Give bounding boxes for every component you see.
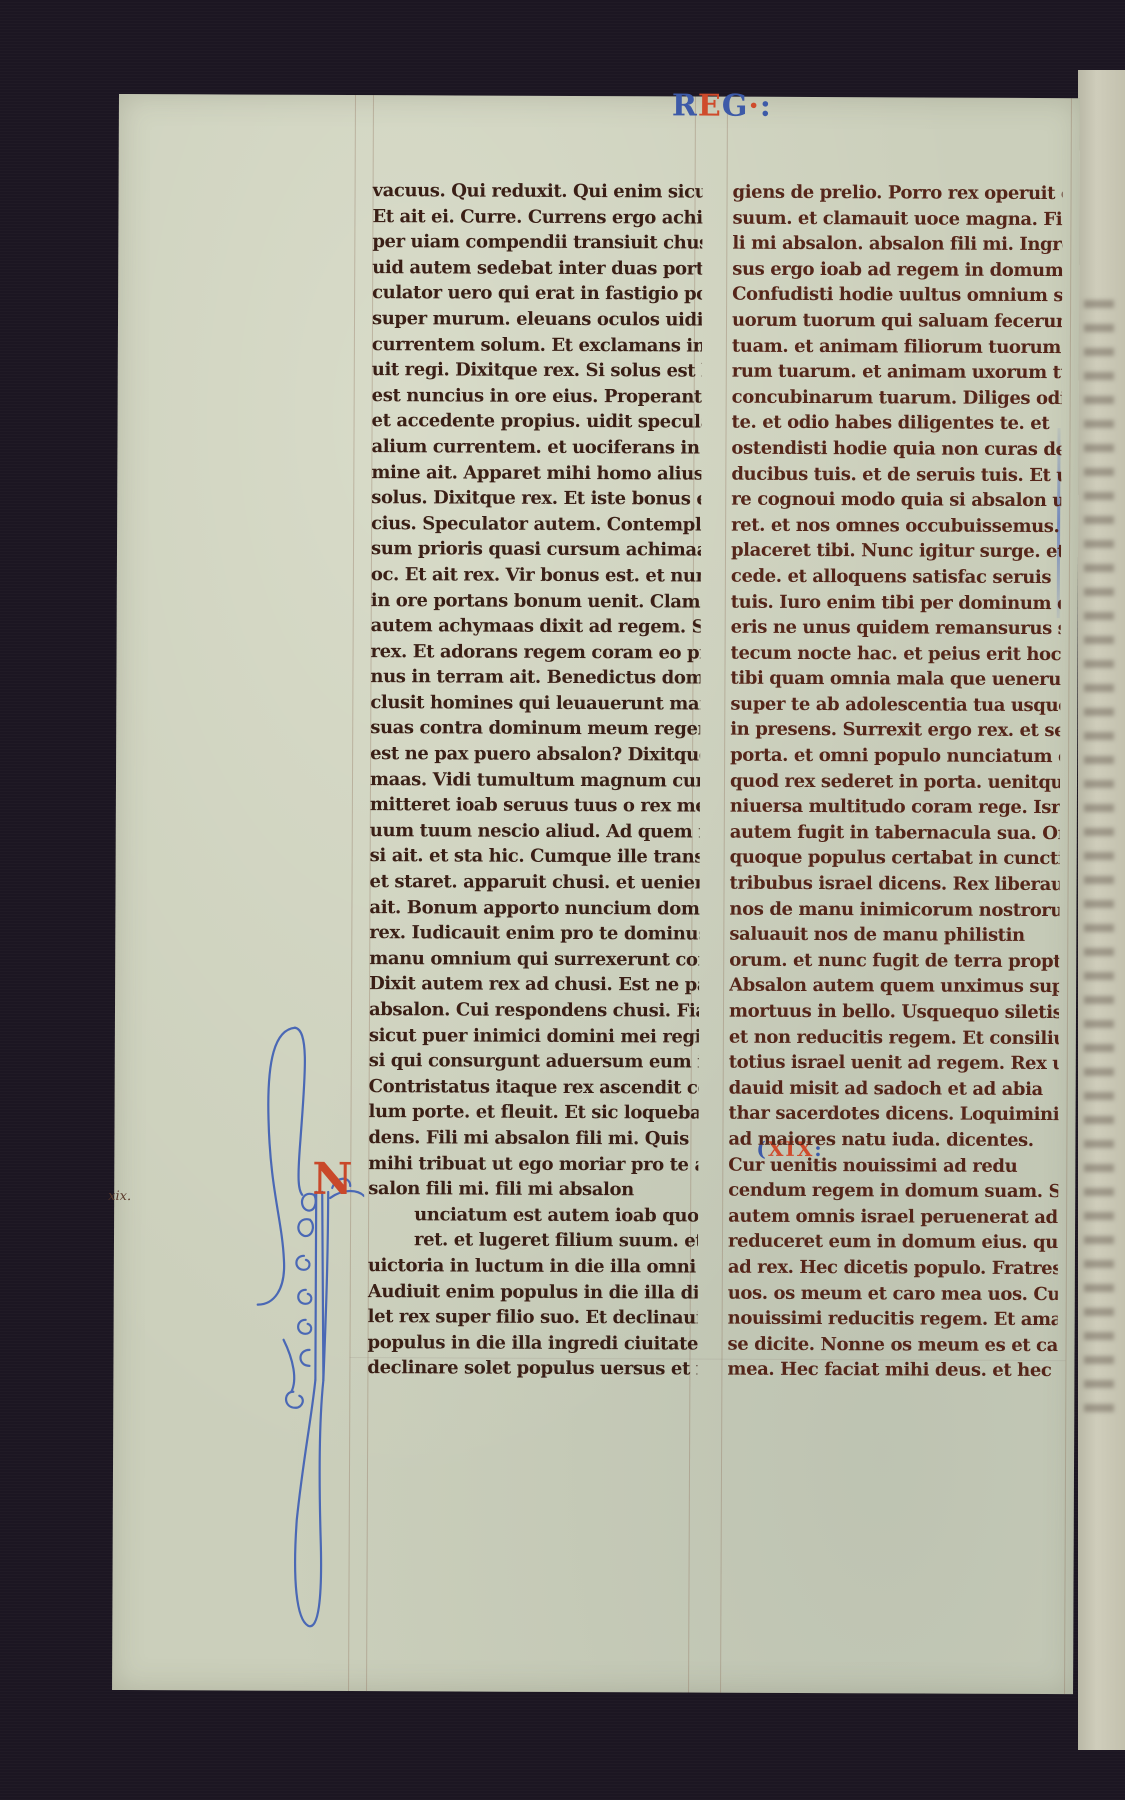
- text-line: dauid misit ad sadoch et ad abia: [729, 1075, 1059, 1102]
- text-line: clusit homines qui leuauerunt manus: [370, 690, 700, 717]
- text-line: tecum nocte hac. et peius erit hoc: [731, 640, 1061, 667]
- text-line: mine ait. Apparet mihi homo alius curren…: [371, 460, 701, 487]
- text-line: se dicite. Nonne os meum es et caro: [727, 1331, 1057, 1358]
- text-line: in ore portans bonum uenit. Clamans: [371, 588, 701, 615]
- text-line: Cur uenitis nouissimi ad redu: [728, 1152, 1058, 1179]
- text-line: cius. Speculator autem. Contemplor ait c…: [371, 511, 701, 538]
- text-line: super te ab adolescentia tua usque: [730, 692, 1060, 719]
- text-line: mea. Hec faciat mihi deus. et hec addat: [727, 1357, 1057, 1384]
- text-line: mihi tribuat ut ego moriar pro te ab: [368, 1151, 698, 1178]
- decorated-initial: N: [312, 1157, 354, 1203]
- text-line: in presens. Surrexit ergo rex. et sedit …: [730, 717, 1060, 744]
- text-line: solus. Dixitque rex. Et iste bonus est n…: [371, 485, 701, 512]
- manuscript-page: REG·: xix. N (XIX: vacuus.: [112, 94, 1080, 1694]
- text-line: Absalon autem quem unximus super nos est: [729, 973, 1059, 1000]
- text-line: porta. et omni populo nunciatum est: [730, 743, 1060, 770]
- text-line: giens de prelio. Porro rex operuit caput: [733, 180, 1063, 207]
- header-letter: ·: [748, 89, 760, 124]
- text-line: niuersa multitudo coram rege. Israel: [730, 794, 1060, 821]
- text-line: tribubus israel dicens. Rex liberauit: [730, 871, 1060, 898]
- text-line: quod rex sederet in porta. uenitque u: [730, 768, 1060, 795]
- text-column-right: giens de prelio. Porro rex operuit caput…: [727, 180, 1062, 1384]
- text-line: salon fili mi. fili mi absalon: [368, 1176, 698, 1203]
- text-line: reduceret eum in domum eius. quod dixit: [728, 1229, 1058, 1256]
- text-line: Audiuit enim populus in die illa dici. D…: [368, 1279, 698, 1306]
- text-line: ad maiores natu iuda. dicentes.: [728, 1127, 1058, 1154]
- text-line: autem omnis israel peruenerat ad regem u…: [728, 1203, 1058, 1230]
- text-line: uorum tuorum qui saluam fecerunt animam: [732, 308, 1062, 335]
- text-line: tuis. Iuro enim tibi per dominum quod si…: [731, 589, 1061, 616]
- text-line: li mi absalon. absalon fili mi. Ingres: [732, 231, 1062, 258]
- text-line: sum prioris quasi cursum achimaas filii …: [371, 536, 701, 563]
- text-line: est nuncius in ore eius. Properante aute…: [372, 383, 702, 410]
- text-line: uit regi. Dixitque rex. Si solus est bon…: [372, 357, 702, 384]
- text-line: rum tuarum. et animam uxorum tuarum. et …: [732, 359, 1062, 386]
- text-line: uos. os meum et caro mea uos. Cur: [728, 1280, 1058, 1307]
- text-line: ret. et lugeret filium suum. et uersa es…: [368, 1227, 698, 1254]
- text-line: super murum. eleuans oculos uidit homine…: [372, 306, 702, 333]
- text-line: si qui consurgunt aduersum eum in malum.: [369, 1048, 699, 1075]
- text-line: sicut puer inimici domini mei regis. et …: [369, 1023, 699, 1050]
- text-line: lum porte. et fleuit. Et sic loquebatur …: [369, 1099, 699, 1126]
- text-line: te. et odio habes diligentes te. et: [732, 410, 1062, 437]
- header-letter: G: [722, 89, 749, 124]
- text-line: placeret tibi. Nunc igitur surge. et pro: [731, 538, 1061, 565]
- text-line: et non reducitis regem. Et consilium: [729, 1024, 1059, 1051]
- header-letter: E: [698, 89, 722, 124]
- text-line: nos de manu inimicorum nostrorum. ipse: [729, 896, 1059, 923]
- text-line: ait. Bonum apporto nuncium domine mi: [369, 895, 699, 922]
- text-line: cede. et alloquens satisfac seruis: [731, 564, 1061, 591]
- text-line: suum. et clamauit uoce magna. Fi: [732, 205, 1062, 232]
- text-line: uid autem sedebat inter duas portas. Spe: [372, 255, 702, 282]
- text-line: unciatum est autem ioab quod rex fle: [368, 1202, 698, 1229]
- text-line: thar sacerdotes dicens. Loquimini: [729, 1101, 1059, 1128]
- text-column-left: vacuus. Qui reduxit. Qui enim sicut curr…: [367, 178, 702, 1382]
- running-header: REG·:: [672, 88, 772, 123]
- text-line: absalon. Cui respondens chusi. Fiant inq…: [369, 997, 699, 1024]
- text-line: nus in terram ait. Benedictus dominus de…: [370, 664, 700, 691]
- text-line: maas. Vidi tumultum magnum cum: [370, 767, 700, 794]
- text-line: tibi quam omnia mala que uenerunt: [730, 666, 1060, 693]
- adjacent-page-edge: [1078, 70, 1125, 1750]
- text-line: et accedente propius. uidit speculator h…: [372, 408, 702, 435]
- text-line: rex. Et adorans regem coram eo pro: [371, 639, 701, 666]
- text-line: saluauit nos de manu philistin: [729, 922, 1059, 949]
- text-line: declinare solet populus uersus et fu: [367, 1355, 697, 1382]
- text-line: Et ait ei. Curre. Currens ergo achimaas: [372, 204, 702, 231]
- text-line: autem fugit in tabernacula sua. Omnis: [730, 820, 1060, 847]
- text-line: uictoria in luctum in die illa omni popu…: [368, 1253, 698, 1280]
- text-line: ret. et nos omnes occubuissemus. tunc: [731, 512, 1061, 539]
- text-line: currentem solum. Et exclamans indica: [372, 332, 702, 359]
- margin-note: xix.: [108, 1189, 131, 1204]
- text-line: rex. Iudicauit enim pro te dominus hodie…: [369, 920, 699, 947]
- text-line: totius israel uenit ad regem. Rex uero: [729, 1050, 1059, 1077]
- text-line: culator uero qui erat in fastigio porte: [372, 280, 702, 307]
- penwork-flourish-icon: [252, 1020, 365, 1660]
- text-line: ducibus tuis. et de seruis tuis. Et ue: [731, 461, 1061, 488]
- text-line: populus in die illa ingredi ciuitatem. q…: [367, 1330, 697, 1357]
- text-line: nouissimi reducitis regem. Et ama: [728, 1306, 1058, 1333]
- text-line: tuam. et animam filiorum tuorum et filia: [732, 333, 1062, 360]
- ruling-line: [1064, 98, 1072, 1694]
- header-letter: R: [672, 88, 698, 123]
- text-line: quoque populus certabat in cunctis: [730, 845, 1060, 872]
- text-line: let rex super filio suo. Et declinauit: [368, 1304, 698, 1331]
- text-line: eris ne unus quidem remansurus sit: [731, 615, 1061, 642]
- ruling-line: [720, 97, 728, 1693]
- text-line: manu omnium qui surrexerunt contra te.: [369, 946, 699, 973]
- text-line: ad rex. Hec dicetis populo. Fratres mei: [728, 1255, 1058, 1282]
- text-line: sus ergo ioab ad regem in domum dixit.: [732, 256, 1062, 283]
- text-line: oc. Et ait rex. Vir bonus est. et nunciu…: [371, 562, 701, 589]
- text-line: ostendisti hodie quia non curas de: [731, 436, 1061, 463]
- text-line: Confudisti hodie uultus omnium ser: [732, 282, 1062, 309]
- text-line: per uiam compendii transiuit chusi. Daui…: [372, 229, 702, 256]
- text-line: concubinarum tuarum. Diliges odientes: [732, 384, 1062, 411]
- text-line: vacuus. Qui reduxit. Qui enim sicut curr…: [373, 178, 703, 205]
- text-line: mortuus in bello. Usquequo siletis: [729, 999, 1059, 1026]
- text-line: Dixit autem rex ad chusi. Est ne pax pue…: [369, 972, 699, 999]
- header-letter: :: [760, 89, 772, 124]
- text-line: cendum regem in domum suam. Sermo: [728, 1178, 1058, 1205]
- text-line: re cognoui modo quia si absalon uiue: [731, 487, 1061, 514]
- text-line: uum tuum nescio aliud. Ad quem rex. Tran…: [370, 818, 700, 845]
- text-line: dens. Fili mi absalon fili mi. Quis: [368, 1125, 698, 1152]
- text-line: suas contra dominum meum regem. Et ait r…: [370, 716, 700, 743]
- text-line: alium currentem. et uociferans in cacu: [371, 434, 701, 461]
- text-line: Contristatus itaque rex ascendit cenacu: [369, 1074, 699, 1101]
- text-line: orum. et nunc fugit de terra propter abs…: [729, 947, 1059, 974]
- text-line: mitteret ioab seruus tuus o rex me ser: [370, 792, 700, 819]
- text-line: si ait. et sta hic. Cumque ille transiss…: [370, 844, 700, 871]
- text-line: et staret. apparuit chusi. et ueniens: [370, 869, 700, 896]
- text-line: est ne pax puero absalon? Dixitque achi: [370, 741, 700, 768]
- text-line: autem achymaas dixit ad regem. Salue: [371, 613, 701, 640]
